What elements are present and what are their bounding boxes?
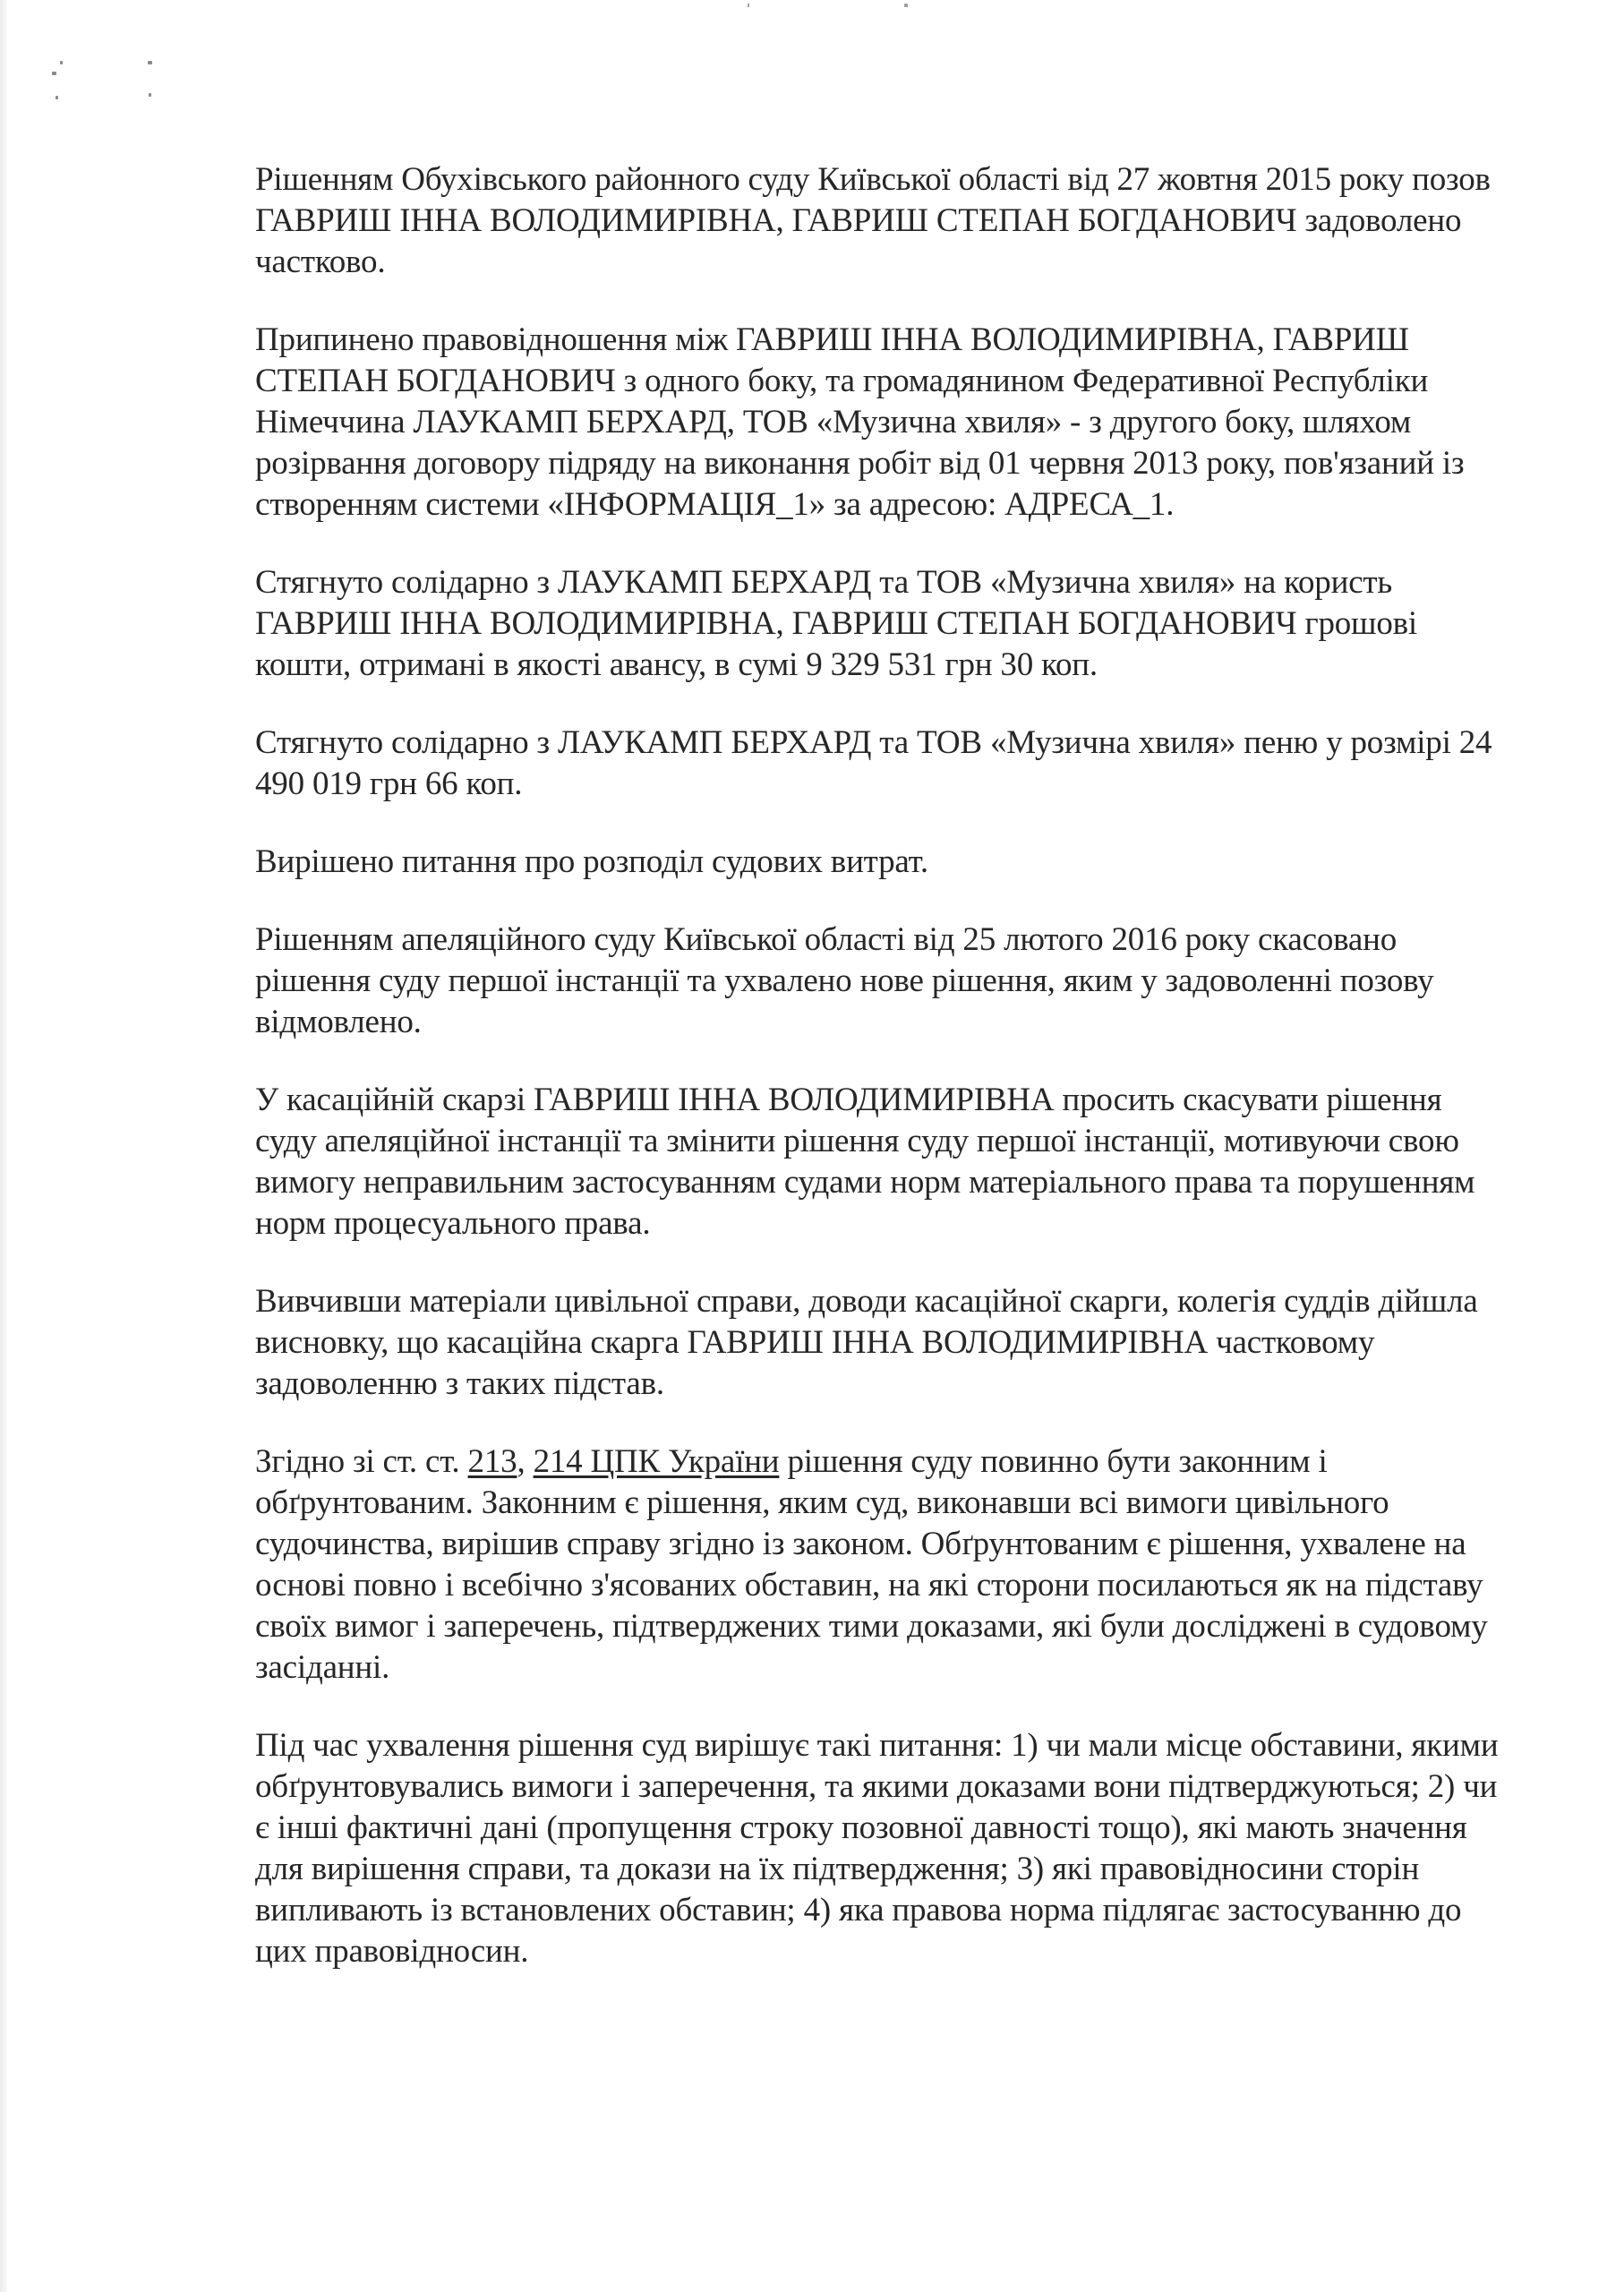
law-reference-link[interactable]: 214 ЦПК України [534, 1443, 780, 1480]
paragraph-text: Припинено правовідношення між ГАВРИШ ІНН… [255, 321, 1464, 523]
paragraph-text: Вирішено питання про розподіл судових ви… [255, 843, 928, 880]
paragraph-cassation-complaint: У касаційній скарзі ГАВРИШ ІННА ВОЛОДИМИ… [255, 1080, 1509, 1244]
paragraph-court-costs: Вирішено питання про розподіл судових ви… [255, 842, 1509, 883]
paragraph-first-instance-decision: Рішенням Обухівського районного суду Киї… [255, 159, 1509, 283]
paragraph-decision-questions: Під час ухвалення рішення суд вирішує та… [255, 1725, 1509, 1972]
paragraph-text: Стягнуто солідарно з ЛАУКАМП БЕРХАРД та … [255, 724, 1492, 802]
scan-artifact-top [748, 2, 909, 11]
paragraph-text: , [517, 1443, 533, 1480]
paragraph-text: Під час ухвалення рішення суд вирішує та… [255, 1727, 1498, 1970]
scan-edge-shadow [0, 0, 7, 2292]
paragraph-termination-of-relations: Припинено правовідношення між ГАВРИШ ІНН… [255, 320, 1509, 526]
document-page: Рішенням Обухівського районного суду Киї… [255, 159, 1509, 2009]
paragraph-text: Згідно зі ст. ст. [255, 1443, 468, 1480]
paragraph-advance-recovery: Стягнуто солідарно з ЛАУКАМП БЕРХАРД та … [255, 562, 1509, 686]
paragraph-text: Вивчивши матеріали цивільної справи, дов… [255, 1283, 1478, 1402]
paragraph-legal-basis: Згідно зі ст. ст. 213, 214 ЦПК України р… [255, 1441, 1509, 1689]
paragraph-panel-conclusion: Вивчивши матеріали цивільної справи, дов… [255, 1281, 1509, 1405]
paragraph-text: Стягнуто солідарно з ЛАУКАМП БЕРХАРД та … [255, 564, 1417, 683]
paragraph-penalty-recovery: Стягнуто солідарно з ЛАУКАМП БЕРХАРД та … [255, 723, 1509, 805]
paragraph-text: Рішенням апеляційного суду Київської обл… [255, 921, 1433, 1040]
paragraph-text: У касаційній скарзі ГАВРИШ ІННА ВОЛОДИМИ… [255, 1082, 1474, 1242]
paragraph-text: Рішенням Обухівського районного суду Киї… [255, 161, 1491, 280]
paragraph-appeal-decision: Рішенням апеляційного суду Київської обл… [255, 919, 1509, 1043]
scan-artifact-marks [45, 54, 161, 107]
law-reference-link[interactable]: 213 [468, 1443, 517, 1480]
